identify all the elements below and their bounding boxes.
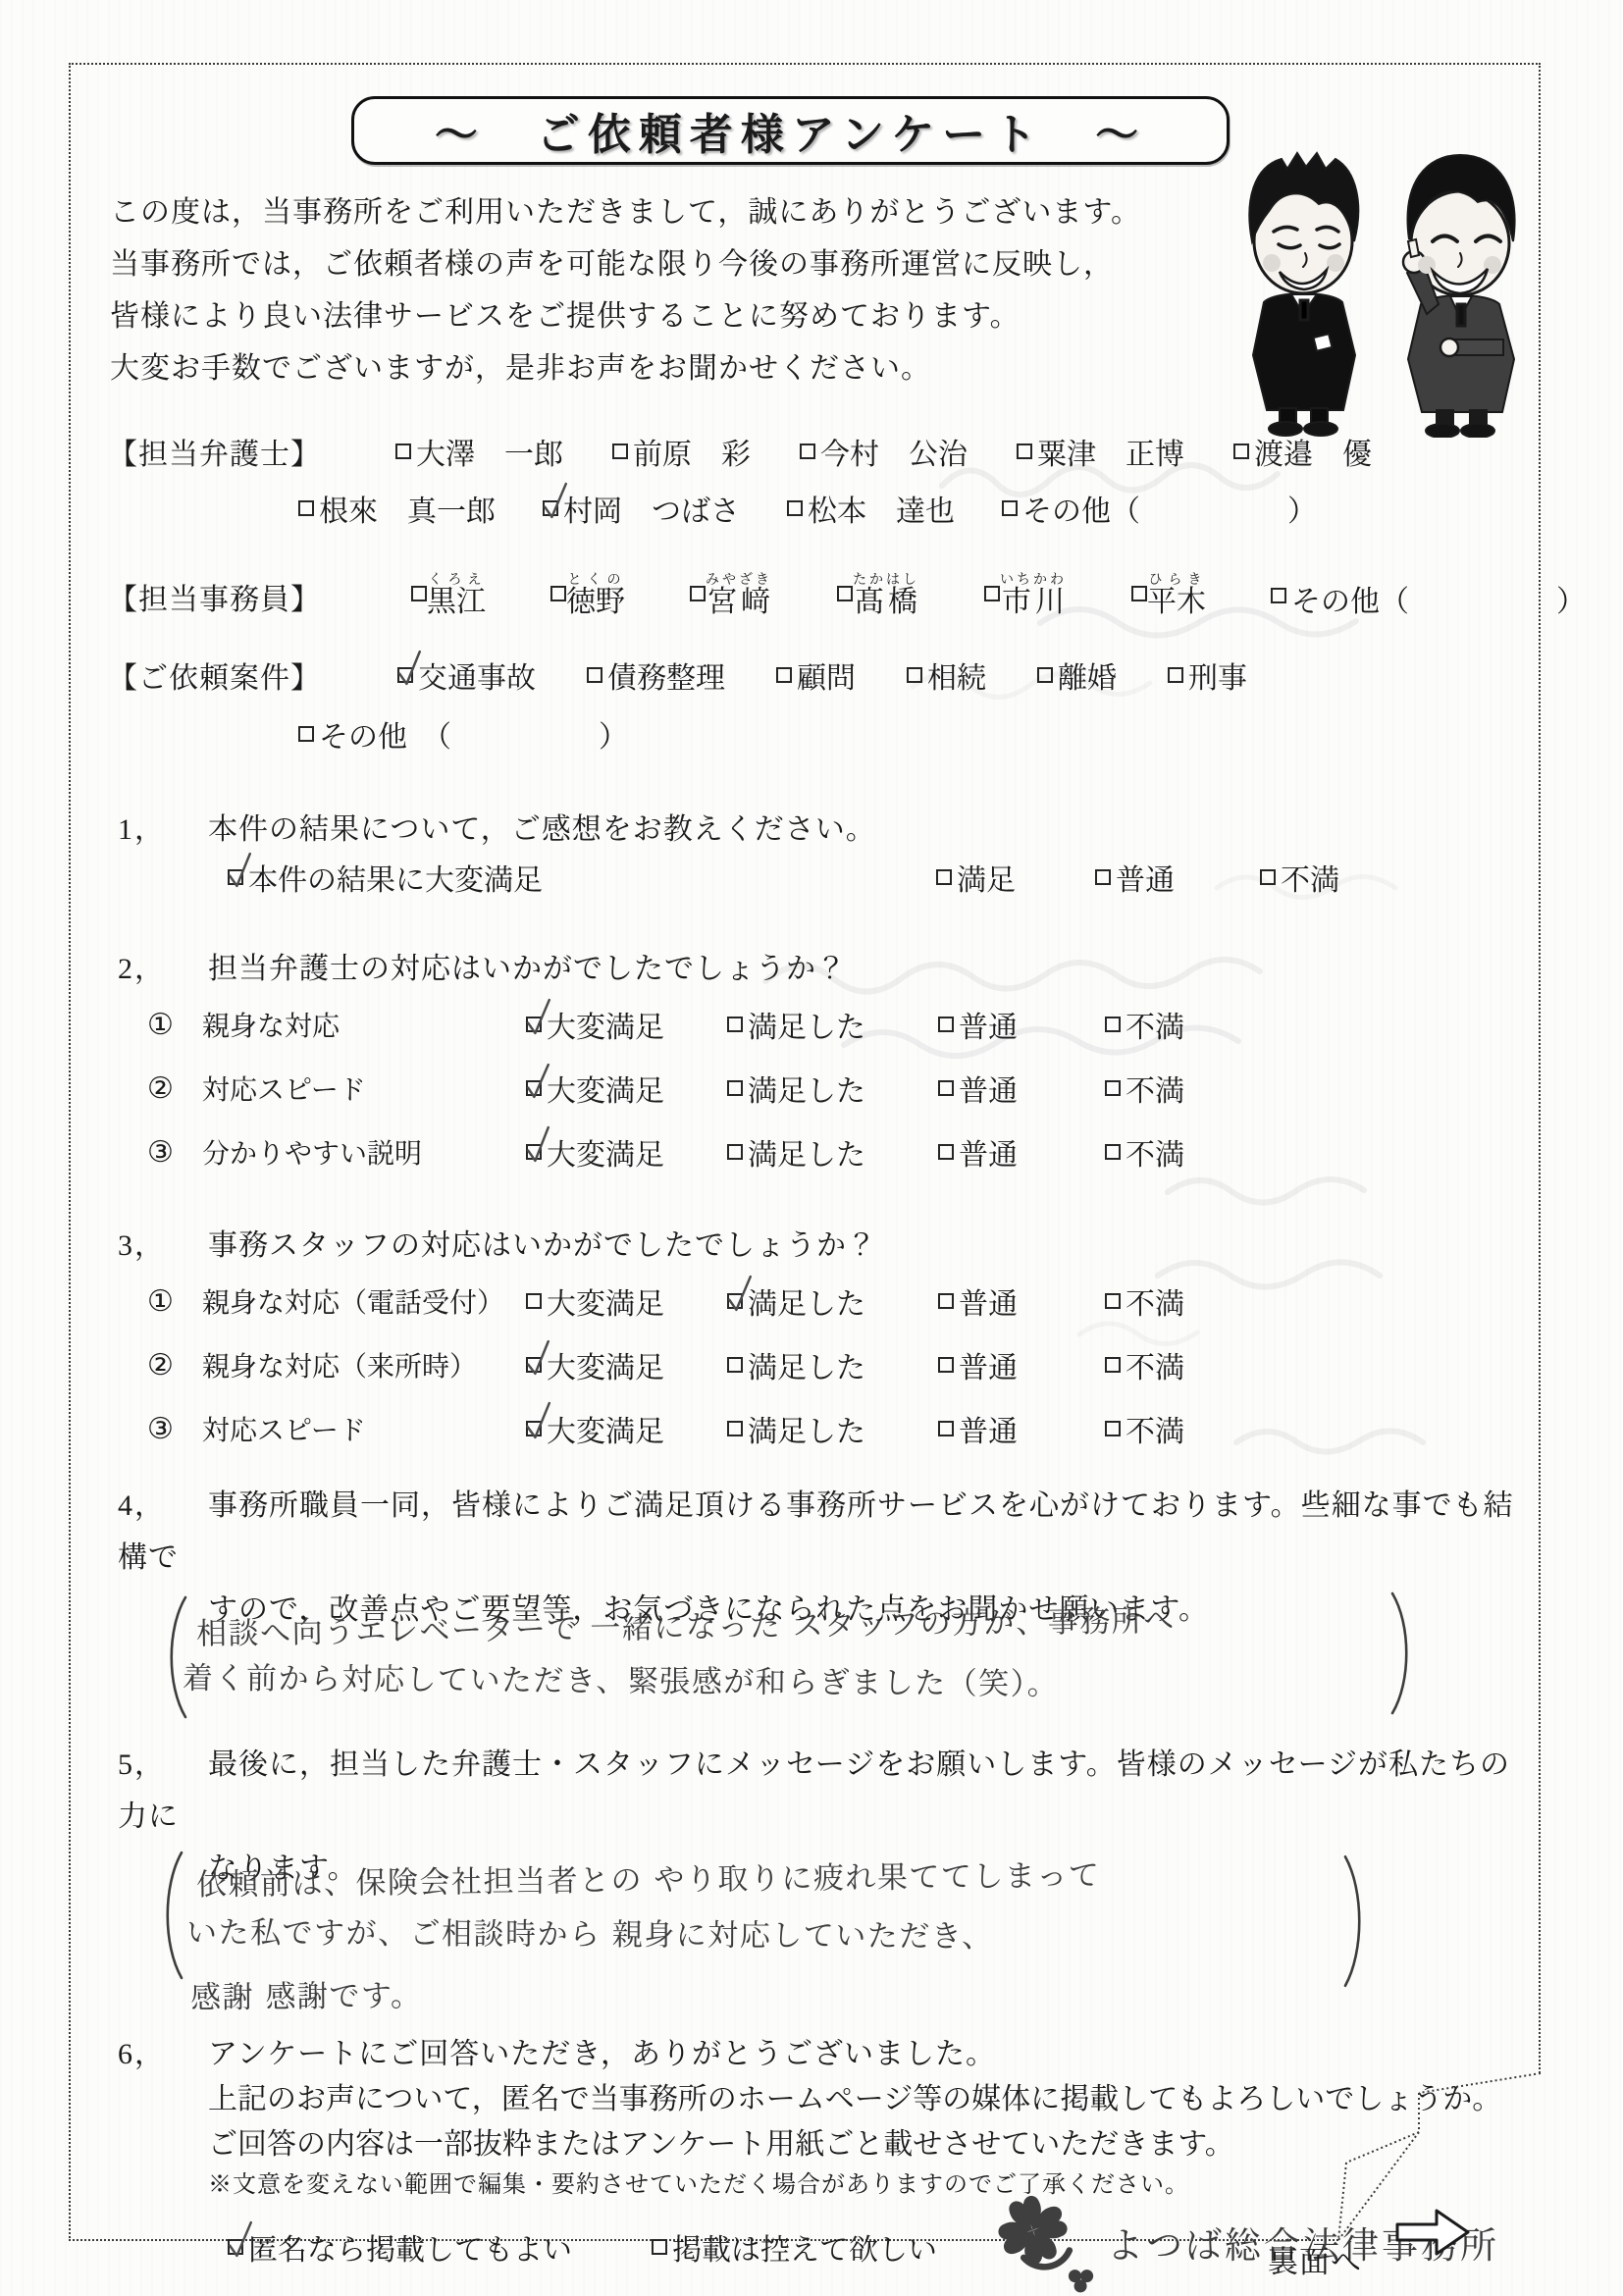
q2-r2-opt-3: 不満 xyxy=(1105,1067,1184,1110)
case-row-1: 【ご依頼案件】 交通事故 債務整理 顧問 相続 離婚 刑事 xyxy=(108,653,1247,697)
checkbox-matsumoto[interactable] xyxy=(787,500,803,516)
q5-number: 5， xyxy=(118,1739,208,1791)
q3-r2-opt-1: 満足した xyxy=(727,1343,938,1386)
checkbox-hiraki[interactable] xyxy=(1131,586,1147,601)
q6-line-3: ご回答の内容は一部抜粋またはアンケート用紙ごと載せさせていただきます。 xyxy=(208,2119,1234,2163)
checkbox-q2-r2-taihen-manzoku[interactable] xyxy=(526,1080,542,1096)
lawyer-section-label: 【担当弁護士】 xyxy=(108,430,321,473)
checkbox-koutsujiko[interactable] xyxy=(397,667,413,683)
q2-r3-opt-2: 普通 xyxy=(938,1130,1105,1174)
q2-r2-opt-1: 満足した xyxy=(727,1067,938,1110)
intro-line: 当事務所では，ご依頼者様の声を可能な限り今後の事務所運営に反映し， xyxy=(110,238,1141,290)
checkbox-case-other[interactable] xyxy=(298,726,314,742)
checkbox-q1-futsu[interactable] xyxy=(1095,869,1111,885)
q2-row-2: ②対応スピード 大変満足 満足した 普通 不満 xyxy=(147,1067,1184,1110)
q2-number: 2， xyxy=(118,944,208,987)
checkmark-icon xyxy=(525,997,551,1037)
q2-r3-opt-1: 満足した xyxy=(727,1130,938,1174)
staff-option-takahashi: 髙橋たかはし xyxy=(837,573,919,620)
staff-name: 徳野とくの xyxy=(566,573,625,620)
lawyer-option-other: その他（ ） xyxy=(1002,487,1317,530)
lawyer-option-matsumoto: 松本 達也 xyxy=(787,487,955,530)
q1-option-1: 満足 xyxy=(936,856,1095,899)
q3-r2-opt-0: 大変満足 xyxy=(526,1343,727,1386)
checkbox-q2-r2-futsu[interactable] xyxy=(938,1080,954,1096)
case-option-sozoku: 相続 xyxy=(907,653,986,697)
checkbox-anonymous-ok[interactable] xyxy=(228,2239,243,2255)
checkbox-sozoku[interactable] xyxy=(907,667,922,683)
q3-number: 3， xyxy=(118,1221,208,1264)
staff-name: 宮﨑みやざき xyxy=(706,573,772,620)
q1-options: 本件の結果に大変満足 満足 普通 不満 xyxy=(228,856,1339,899)
checkmark-icon xyxy=(726,1274,753,1314)
q1-number: 1， xyxy=(118,805,208,848)
checkbox-q3-r1-taihen-manzoku[interactable] xyxy=(526,1293,542,1309)
checkmark-icon xyxy=(525,1061,551,1101)
checkbox-q2-r2-manzoku-shita[interactable] xyxy=(727,1080,743,1096)
q3-r3-opt-2: 普通 xyxy=(938,1407,1105,1450)
checkbox-no-publish[interactable] xyxy=(652,2239,667,2255)
checkbox-imamura[interactable] xyxy=(800,444,815,459)
q4-answer[interactable]: 相談へ向うエレベーターで 一緒になった スタッフの方が、事務所へ 着く前から対応… xyxy=(196,1597,1413,1719)
q2-r1-opt-0: 大変満足 xyxy=(526,1003,727,1046)
q2-row-3: ③分かりやすい説明 大変満足 満足した 普通 不満 xyxy=(147,1130,1184,1174)
case-option-rikon: 離婚 xyxy=(1037,653,1117,697)
staff-option-other: その他（ ） xyxy=(1271,577,1586,620)
checkbox-osawa[interactable] xyxy=(395,444,411,459)
staff-name: 平木ひらき xyxy=(1147,573,1206,620)
publish-option-no-publish: 掲載は控えて欲しい xyxy=(652,2225,937,2269)
intro-line: 大変お手数でございますが，是非お声をお聞かせください。 xyxy=(110,342,1141,394)
lawyer-option-watanabe: 渡邉 優 xyxy=(1233,430,1372,473)
staff-row: 【担当事務員】 黒江くろえ 徳野とくの 宮﨑みやざき 髙橋たかはし 市川いちかわ… xyxy=(108,549,1586,620)
checkbox-q2-r1-manzoku-shita[interactable] xyxy=(727,1017,743,1032)
checkbox-q3-r1-fuman[interactable] xyxy=(1105,1293,1121,1309)
checkbox-q3-r1-futsu[interactable] xyxy=(938,1293,954,1309)
q2-r3-opt-0: 大変満足 xyxy=(526,1130,727,1174)
staff-name: 市川いちかわ xyxy=(1000,573,1067,620)
lawyer-row-1: 【担当弁護士】 大澤 一郎 前原 彩 今村 公治 粟津 正博 渡邉 優 xyxy=(108,430,1372,473)
checkbox-q3-r3-manzoku-shita[interactable] xyxy=(727,1421,743,1436)
lawyer-option-negoro: 根來 真一郎 xyxy=(298,487,496,530)
q6-heading: 6，アンケートにご回答いただき，ありがとうございました。 xyxy=(118,2029,996,2072)
checkbox-negoro[interactable] xyxy=(298,500,314,516)
case-option-komon: 顧問 xyxy=(776,653,856,697)
q1-option-3: 不満 xyxy=(1260,856,1339,899)
checkbox-miyazaki[interactable] xyxy=(690,586,706,601)
answer-paren-left xyxy=(157,1849,186,1982)
case-option-keiji: 刑事 xyxy=(1168,653,1247,697)
checkbox-q3-r3-futsu[interactable] xyxy=(938,1421,954,1436)
handwritten-line: 感謝 感謝です。 xyxy=(190,1959,1358,2026)
q6-number: 6， xyxy=(118,2029,208,2072)
clover-logo-icon xyxy=(983,2188,1097,2296)
two-lawyers-illustration xyxy=(1225,143,1537,438)
checkmark-icon xyxy=(396,648,423,688)
q3-r3-opt-0: 大変満足 xyxy=(526,1407,727,1450)
lawyer-option-maehara: 前原 彩 xyxy=(612,430,751,473)
checkbox-komon[interactable] xyxy=(776,667,792,683)
checkbox-q2-r1-fuman[interactable] xyxy=(1105,1017,1121,1032)
handwritten-line: 着く前から対応していただき、緊張感が和らぎました（笑）。 xyxy=(183,1650,1399,1716)
case-option-koutsujiko: 交通事故 xyxy=(397,653,536,697)
checkbox-q2-r3-fuman[interactable] xyxy=(1105,1144,1121,1160)
checkbox-q2-r3-manzoku-shita[interactable] xyxy=(727,1144,743,1160)
checkbox-q2-r3-futsu[interactable] xyxy=(938,1144,954,1160)
checkbox-q1-fuman[interactable] xyxy=(1260,869,1276,885)
checkbox-watanabe[interactable] xyxy=(1233,444,1249,459)
survey-page: ～ ご依頼者様アンケート ～ xyxy=(0,0,1623,2296)
checkbox-maehara[interactable] xyxy=(612,444,628,459)
q3-r1-opt-2: 普通 xyxy=(938,1279,1105,1323)
q1-heading: 1，本件の結果について，ご感想をお教えください。 xyxy=(118,805,876,848)
case-row-2: その他 （ ） xyxy=(298,712,628,756)
case-section-label: 【ご依頼案件】 xyxy=(108,653,321,697)
checkbox-q1-manzoku[interactable] xyxy=(936,869,952,885)
intro-line: 皆様により良い法律サービスをご提供することに努めております。 xyxy=(110,290,1141,342)
intro-paragraph: この度は，当事務所をご利用いただきまして，誠にありがとうございます。 当事務所で… xyxy=(110,186,1141,394)
publish-options: 匿名なら掲載してもよい 掲載は控えて欲しい xyxy=(228,2225,937,2269)
q4-number: 4， xyxy=(118,1480,208,1532)
checkbox-tokuno[interactable] xyxy=(550,586,566,601)
checkbox-takahashi[interactable] xyxy=(837,586,853,601)
q1-option-2: 普通 xyxy=(1095,856,1260,899)
checkbox-awazu[interactable] xyxy=(1017,444,1032,459)
staff-option-ichikawa: 市川いちかわ xyxy=(984,573,1067,620)
lawyer-row-2: 根來 真一郎 村岡 つばさ 松本 達也 その他（ ） xyxy=(298,487,1317,530)
q3-r1-opt-3: 不満 xyxy=(1105,1279,1184,1323)
staff-name: 髙橋たかはし xyxy=(853,573,919,620)
q3-r1-opt-1: 満足した xyxy=(727,1279,938,1323)
q2-r1-opt-1: 満足した xyxy=(727,1003,938,1046)
staff-section-label: 【担当事務員】 xyxy=(108,575,321,618)
checkmark-icon xyxy=(227,2219,253,2260)
q2-row-1: ①親身な対応 大変満足 満足した 普通 不満 xyxy=(147,1003,1184,1046)
back-arrow-icon xyxy=(1393,2204,1472,2261)
q3-row-2: ②親身な対応（来所時） 大変満足 満足した 普通 不満 xyxy=(147,1343,1184,1386)
checkbox-q3-r2-taihen-manzoku[interactable] xyxy=(526,1357,542,1373)
q2-r2-opt-2: 普通 xyxy=(938,1067,1105,1110)
checkbox-ichikawa[interactable] xyxy=(984,586,1000,601)
staff-option-tokuno: 徳野とくの xyxy=(550,573,625,620)
checkbox-kuroe[interactable] xyxy=(411,586,427,601)
checkbox-q2-r1-taihen-manzoku[interactable] xyxy=(526,1017,542,1032)
checkbox-staff-other[interactable] xyxy=(1271,588,1286,603)
checkbox-keiji[interactable] xyxy=(1168,667,1183,683)
q3-r2-opt-3: 不満 xyxy=(1105,1343,1184,1386)
checkbox-q2-r1-futsu[interactable] xyxy=(938,1017,954,1032)
checkmark-icon xyxy=(525,1124,551,1165)
checkbox-lawyer-other[interactable] xyxy=(1002,500,1018,516)
checkbox-q3-r3-fuman[interactable] xyxy=(1105,1421,1121,1436)
q2-r2-opt-0: 大変満足 xyxy=(526,1067,727,1110)
page-border-left xyxy=(69,63,71,2241)
q3-r3-opt-3: 不満 xyxy=(1105,1407,1184,1450)
publish-option-anonymous-ok: 匿名なら掲載してもよい xyxy=(228,2225,652,2269)
q2-r1-opt-3: 不満 xyxy=(1105,1003,1184,1046)
q2-r1-opt-2: 普通 xyxy=(938,1003,1105,1046)
checkmark-icon xyxy=(227,850,253,890)
staff-option-kuroe: 黒江くろえ xyxy=(411,573,486,620)
back-side-label: 裏面へ xyxy=(1268,2237,1362,2281)
checkmark-icon xyxy=(542,481,568,521)
checkbox-q3-r1-manzoku-shita[interactable] xyxy=(727,1293,743,1309)
intro-line: この度は，当事務所をご利用いただきまして，誠にありがとうございます。 xyxy=(110,186,1141,238)
checkbox-q3-r2-futsu[interactable] xyxy=(938,1357,954,1373)
q3-row-1: ①親身な対応（電話受付） 大変満足 満足した 普通 不満 xyxy=(147,1279,1184,1323)
checkbox-q3-r2-manzoku-shita[interactable] xyxy=(727,1357,743,1373)
q3-heading: 3，事務スタッフの対応はいかがでしたでしょうか？ xyxy=(118,1221,877,1264)
staff-name: 黒江くろえ xyxy=(427,573,486,620)
checkbox-q1-taihen-manzoku[interactable] xyxy=(228,869,243,885)
checkbox-saimuseiri[interactable] xyxy=(587,667,602,683)
page-border-right xyxy=(1539,63,1541,2073)
q2-heading: 2，担当弁護士の対応はいかがでしたでしょうか？ xyxy=(118,944,847,987)
checkbox-q2-r3-taihen-manzoku[interactable] xyxy=(526,1144,542,1160)
q3-r2-opt-2: 普通 xyxy=(938,1343,1105,1386)
handwritten-line: いた私ですが、ご相談時から 親身に対応していただき、 xyxy=(186,1905,1354,1967)
handwritten-line: 依頼前は、保険会社担当者との やり取りに疲れ果ててしまって xyxy=(196,1845,1365,1913)
q3-r3-opt-1: 満足した xyxy=(727,1407,938,1450)
q1-option-0: 本件の結果に大変満足 xyxy=(228,856,936,899)
page-title: ～ ご依頼者様アンケート ～ xyxy=(351,96,1230,165)
lawyer-option-muraoka: 村岡 つばさ xyxy=(543,487,740,530)
page-border-top xyxy=(69,63,1541,65)
checkbox-q3-r3-taihen-manzoku[interactable] xyxy=(526,1421,542,1436)
q3-r1-opt-0: 大変満足 xyxy=(526,1279,727,1323)
checkmark-icon xyxy=(525,1337,551,1378)
lawyer-option-imamura: 今村 公治 xyxy=(800,430,968,473)
staff-option-miyazaki: 宮﨑みやざき xyxy=(690,573,772,620)
checkbox-q3-r2-fuman[interactable] xyxy=(1105,1357,1121,1373)
q3-row-3: ③対応スピード 大変満足 満足した 普通 不満 xyxy=(147,1407,1184,1450)
q5-answer[interactable]: 依頼前は、保険会社担当者との やり取りに疲れ果ててしまって いた私ですが、ご相談… xyxy=(196,1851,1364,1978)
checkmark-icon xyxy=(525,1401,551,1441)
checkbox-q2-r2-fuman[interactable] xyxy=(1105,1080,1121,1096)
staff-option-hiraki: 平木ひらき xyxy=(1131,573,1206,620)
checkbox-rikon[interactable] xyxy=(1037,667,1053,683)
q2-r3-opt-3: 不満 xyxy=(1105,1130,1184,1174)
checkbox-muraoka[interactable] xyxy=(543,500,558,516)
case-option-other: その他 （ ） xyxy=(298,712,628,756)
lawyer-option-awazu: 粟津 正博 xyxy=(1017,430,1184,473)
lawyer-option-osawa: 大澤 一郎 xyxy=(395,430,563,473)
q6-line-2: 上記のお声について，匿名で当事務所のホームページ等の媒体に掲載してもよろしいでし… xyxy=(208,2074,1501,2117)
case-option-saimuseiri: 債務整理 xyxy=(587,653,725,697)
